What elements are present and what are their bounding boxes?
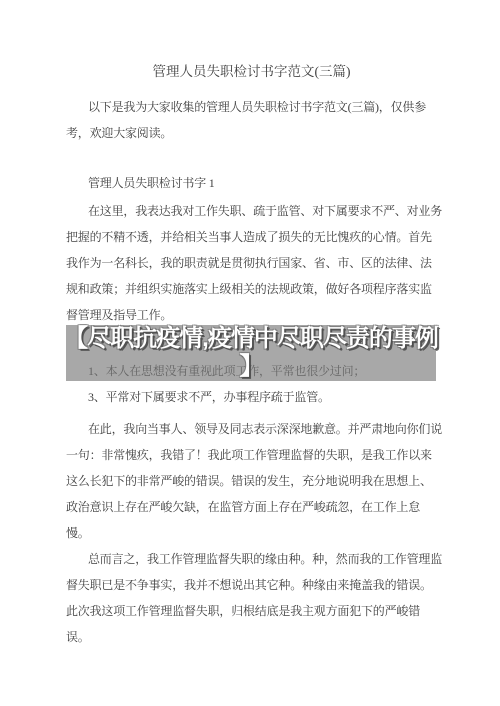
intro-line: 考，欢迎大家阅读。	[66, 120, 437, 146]
paragraph-line: 在这里，我表达我对工作失职、疏于监管、对下属要求不严、对业务	[66, 198, 437, 224]
paragraph-line: 把握的不精不透，并给相关当事人造成了损失的无比愧疚的心情。首先	[66, 224, 437, 250]
paragraph-line: 慢。	[66, 520, 437, 546]
paragraph-3: 总而言之，我工作管理监督失职的缘由种。种，然而我的工作管理监 督失职已是不争事实…	[66, 546, 437, 650]
paragraph-line: 督失职已是不争事实，我并不想说出其它种。种缘由来掩盖我的错误。	[66, 572, 437, 598]
paragraph-line: 政治意识上存在严峻欠缺，在监管方面上存在严峻疏忽，在工作上怠	[66, 494, 437, 520]
paragraph-line: 此次我这项工作管理监督失职，归根结底是我主观方面犯下的严峻错	[66, 598, 437, 624]
paragraph-line: 这么长犯下的非常严峻的错误。错误的发生，充分地说明我在思想上、	[66, 468, 437, 494]
paragraph-2: 在此，我向当事人、领导及同志表示深深地歉意。并严肃地向你们说 一句：非常愧疚，我…	[66, 416, 437, 546]
document-title: 管理人员失职检讨书字范文(三篇)	[66, 58, 437, 86]
paragraph-line: 在此，我向当事人、领导及同志表示深深地歉意。并严肃地向你们说	[66, 416, 437, 442]
paragraph-line: 一句：非常愧疚，我错了！我此项工作管理监督的失职，是我工作以来	[66, 442, 437, 468]
banner-text-line1: 【尽职抗疫情,疫情中尽职尽责的事例	[64, 325, 438, 353]
paragraph-line: 规和政策；并组织实施落实上级相关的法规政策，做好各项程序落实监	[66, 276, 437, 302]
document-page: 管理人员失职检讨书字范文(三篇) 以下是我为大家收集的管理人员失职检讨书字范文(…	[0, 0, 500, 706]
paragraph-line: 我作为一名科长，我的职责就是贯彻执行国家、省、市、区的法律、法	[66, 250, 437, 276]
section-heading: 管理人员失职检讨书字 1	[66, 170, 437, 196]
paragraph-1: 在这里，我表达我对工作失职、疏于监管、对下属要求不严、对业务 把握的不精不透，并…	[66, 198, 437, 328]
paragraph-line: 误。	[66, 624, 437, 650]
overlay-link-banner[interactable]: 【尽职抗疫情,疫情中尽职尽责的事例 】	[66, 325, 436, 381]
intro-paragraph: 以下是我为大家收集的管理人员失职检讨书字范文(三篇)，仅供参 考，欢迎大家阅读。	[66, 94, 437, 146]
intro-line: 以下是我为大家收集的管理人员失职检讨书字范文(三篇)，仅供参	[66, 94, 437, 120]
paragraph-line: 总而言之，我工作管理监督失职的缘由种。种，然而我的工作管理监	[66, 546, 437, 572]
banner-text-line2: 】	[240, 353, 263, 381]
list-item-3: 3、平常对下属要求不严，办事程序疏于监管。	[66, 384, 437, 410]
